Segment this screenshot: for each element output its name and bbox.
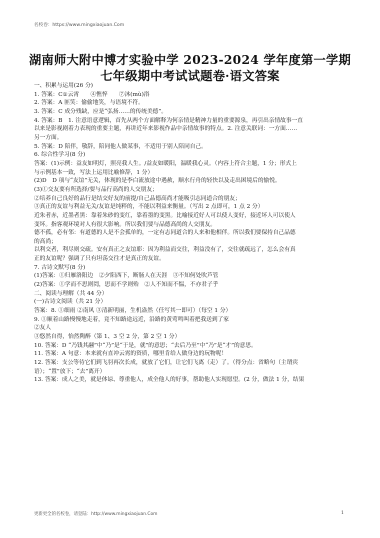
text-line: 2. 答案：A 匪笑：偷偷地笑，与语境不符。 <box>34 99 352 108</box>
footer-url: 更新更全的名校卷，请登陆：http://www.mingxiaojuan.Com <box>34 511 157 517</box>
text-line: 7. 古诗文默写(8 分) <box>34 264 352 273</box>
text-line: 语）；“置”放下；“去”离开） <box>34 368 352 377</box>
page-number: 1 <box>341 511 344 516</box>
text-line: 答案：(1)示例：益友如明灯，照亮我人生。/益友如暖阳，温暖我心灵。（内容上符合… <box>34 160 352 169</box>
text-line: 9. ①顺着山路慢慢地走着，竟不知路途远近，沿路的黄莺鸣叫着把我送到了家 <box>34 316 352 325</box>
text-line: 答案：8. ①细雨 ②南风 ③清新明丽，生机盎然（任写其一即可）（每空 1 分） <box>34 307 352 316</box>
text-line: 12. 答案：支公等待它们到飞羽再次长成，就放了它们，让它们飞离（走）了。（得分… <box>34 359 352 368</box>
text-line: (一)古诗文阅读（共 21 分） <box>34 298 352 307</box>
text-line: 13. 答案：成人之美，就是体谅、尊重他人，成全他人的好事，帮助他人实现愿望。(… <box>34 376 352 385</box>
text-line: ③悠然自得，怡然陶醉（第 1、3 空 2 分，第 2 空 1 分） <box>34 333 352 342</box>
text-line: 10. 答案：D “乃钱其翮”中“乃”是“于是，就”的意思；“去后乃至”中“乃”… <box>34 342 352 351</box>
text-line: (2)D D 项与“友谊”无关，体现的是李白流放途中遇赦，顺水行舟的轻快以及走出… <box>34 177 352 186</box>
text-line: 5. 答案：D 陪伴，敬辞，陪同他人做某事，不适用于别人陪同自己。 <box>34 143 352 152</box>
text-line: (1)答案：①归雁洛阳边 ②夕阳西下，断肠人在天涯 ③不知何处吹芦管 <box>34 272 352 281</box>
text-line: 近朱者赤，近墨者黑：靠着朱砂的变红，靠着墨的变黑。比喻接近好人可以使人变好，接近… <box>34 212 352 221</box>
text-line: 以来是影视剧着力表现的重要主题，再讲近年来影视作品中亲情故事的特点。2. 注意关… <box>34 125 352 134</box>
text-line: 4. 答案：B 1. 注意语意逻辑，首先从两个方面解释为何亲情是精神力量的重要源… <box>34 117 352 126</box>
doc-title-line1: 湖南师大附中博才实验中学 2023-2024 学年度第一学期 <box>0 51 380 68</box>
text-line: 另一方面。 <box>34 134 352 143</box>
text-line: 11. 答案：A 句意：本来就有直冲云霄的资质，哪里肯给人做身边的玩物呢！ <box>34 350 352 359</box>
text-line: 1. 答案：C①云霄 ④憔悴 ⑦沐(mù)浴 <box>34 91 352 100</box>
header-url: 名校卷：https://www.mingxiaojuan.Com <box>34 22 124 28</box>
text-line: 与示例基本一致，写法上运用比喻修辞，1 分） <box>34 169 352 178</box>
text-line: 变坏。指客观环境对人有很大影响。所以我们要与品德高尚的人交朋友。 <box>34 221 352 230</box>
text-line: 德不孤，必有邻：有道德的人是不会孤单的，一定有志同道合的人来和他相伴。所以我们要… <box>34 229 352 238</box>
text-line: 一、积累与运用(26 分) <box>34 82 352 91</box>
text-line: 的高尚； <box>34 238 352 247</box>
text-line: (3)①交友要有所选择/要与品行高尚的人交朋友； <box>34 186 352 195</box>
text-line: ③真正的友谊与利益无关/友谊是纯粹的，不能以利益来衡量。（写出 2 点即可，1 … <box>34 203 352 212</box>
text-line: 正的友谊呢？强调了只有坦荡交往才是真正的友谊。 <box>34 255 352 264</box>
answer-body: 一、积累与运用(26 分)1. 答案：C①云霄 ④憔悴 ⑦沐(mù)浴2. 答案… <box>34 82 352 385</box>
text-line: 6. 综合性学习(8 分) <box>34 151 352 160</box>
text-line: 二、阅读与理解（共 44 分） <box>34 290 352 299</box>
text-line: (2)答案：①学而不思则罔，思而不学则殆 ②人不知而不愠，不亦君子乎 <box>34 281 352 290</box>
text-line: 以利交者，利尽则交疏。安有真正之友谊耶：因为利益而交往，利益没有了，交往就疏远了… <box>34 246 352 255</box>
text-line: ②友人 <box>34 324 352 333</box>
text-line: 3. 答案：C 成分残缺，应是“弘扬……的传统美德”。 <box>34 108 352 117</box>
text-line: ②培养自己良好的品行是结交好友的前提/自己品德高尚才能吸引志同道合的朋友； <box>34 195 352 204</box>
